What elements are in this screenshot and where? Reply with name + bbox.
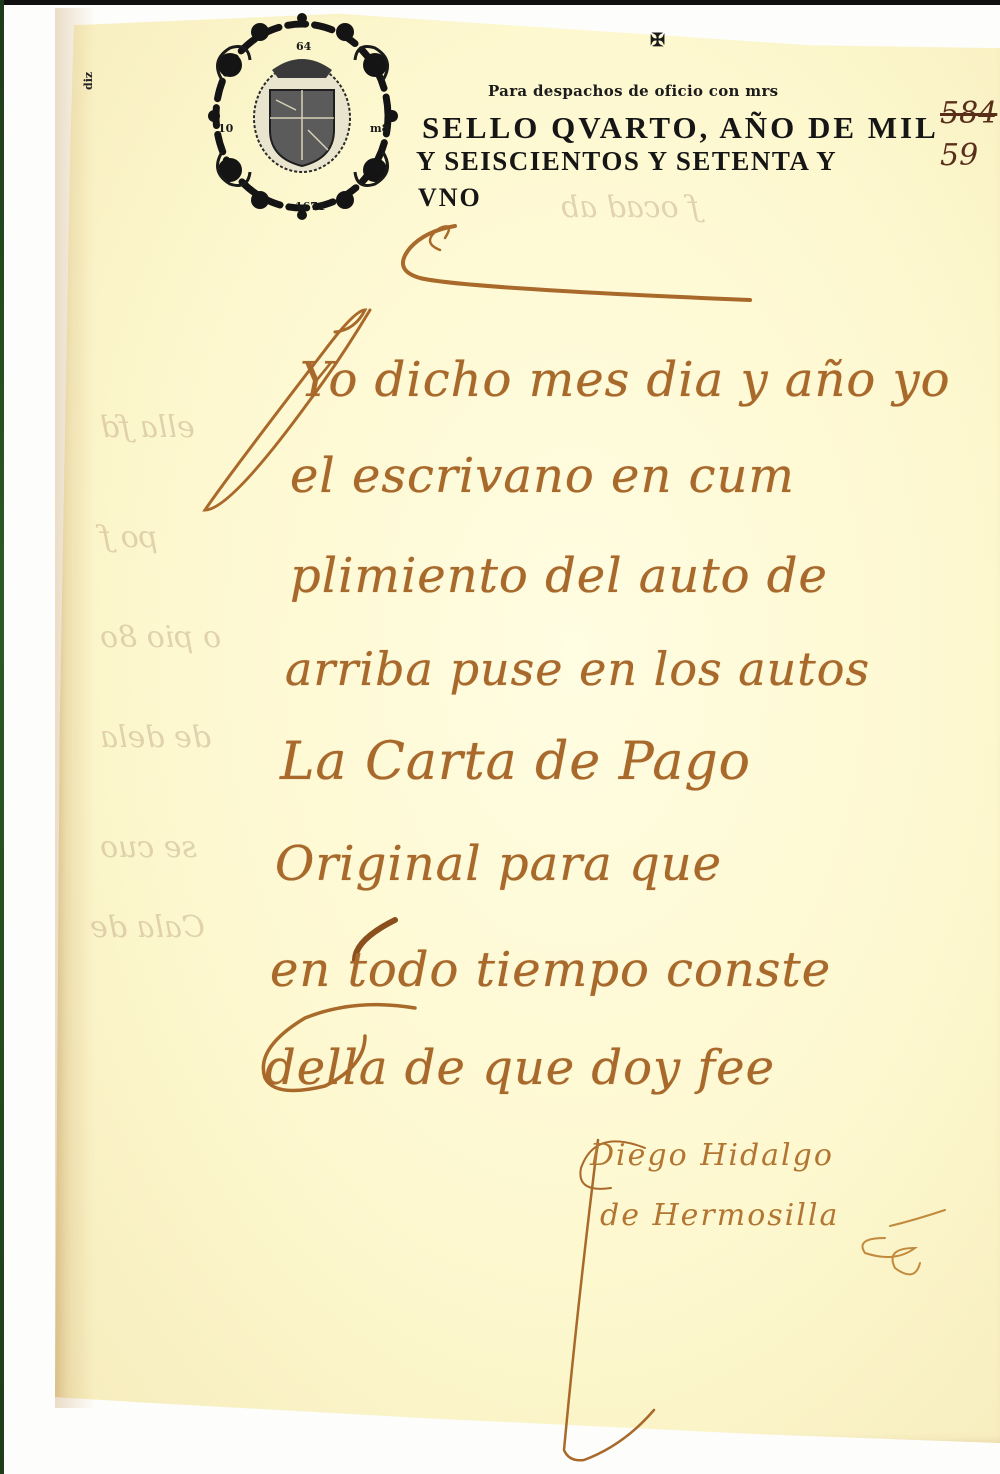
signature-line-1: Diego Hidalgo bbox=[590, 1138, 834, 1173]
bleed-through-text: ƒ ocad ab bbox=[560, 190, 699, 225]
folio-number: 59 bbox=[940, 138, 978, 173]
handwritten-line-4: arriba puse en los autos bbox=[285, 642, 870, 696]
margin-mark: diz bbox=[82, 72, 95, 90]
handwritten-line-3: plimiento del auto de bbox=[290, 548, 828, 604]
handwritten-line-6: Original para que bbox=[275, 836, 722, 892]
seal-right-number: m8 bbox=[370, 122, 389, 135]
handwritten-line-8: della de que doy fee bbox=[265, 1040, 775, 1096]
scan-edge-top bbox=[0, 0, 1000, 5]
folio-number-crossed: 584 bbox=[940, 96, 997, 131]
bleed-through-text: de dela bbox=[100, 720, 211, 755]
seal-top-number: 64 bbox=[296, 40, 311, 53]
bleed-through-text: o pio 8o bbox=[100, 620, 221, 655]
stamp-title-line-1: SELLO QVARTO, AÑO DE MIL bbox=[422, 110, 939, 146]
handwritten-line-1: Yo dicho mes dia y año yo bbox=[300, 352, 951, 408]
bleed-through-text: ella ƒd bbox=[100, 410, 195, 445]
handwritten-line-7: en todo tiempo conste bbox=[270, 942, 831, 998]
bleed-through-text: po ƒ bbox=[100, 520, 158, 555]
bleed-through-text: Cala de bbox=[90, 910, 205, 945]
signature-line-2: de Hermosilla bbox=[600, 1198, 839, 1233]
handwritten-line-2: el escrivano en cum bbox=[290, 448, 795, 504]
seal-year: 1671 bbox=[295, 200, 326, 213]
bleed-through-text: se cuo bbox=[100, 830, 197, 865]
cross-mark-icon: ✠ bbox=[650, 30, 665, 51]
stamp-subtitle: Para despachos de oficio con mrs bbox=[488, 82, 778, 100]
stamp-title-line-3: VNO bbox=[418, 183, 482, 213]
seal-left-number: 10 bbox=[218, 122, 233, 135]
scan-edge-left bbox=[0, 0, 4, 1474]
stamp-title-line-2: Y SEISCIENTOS Y SETENTA Y bbox=[416, 146, 837, 177]
stamp-seal: 64 10 m8 1671 bbox=[200, 10, 405, 222]
handwritten-line-5: La Carta de Pago bbox=[280, 732, 751, 792]
